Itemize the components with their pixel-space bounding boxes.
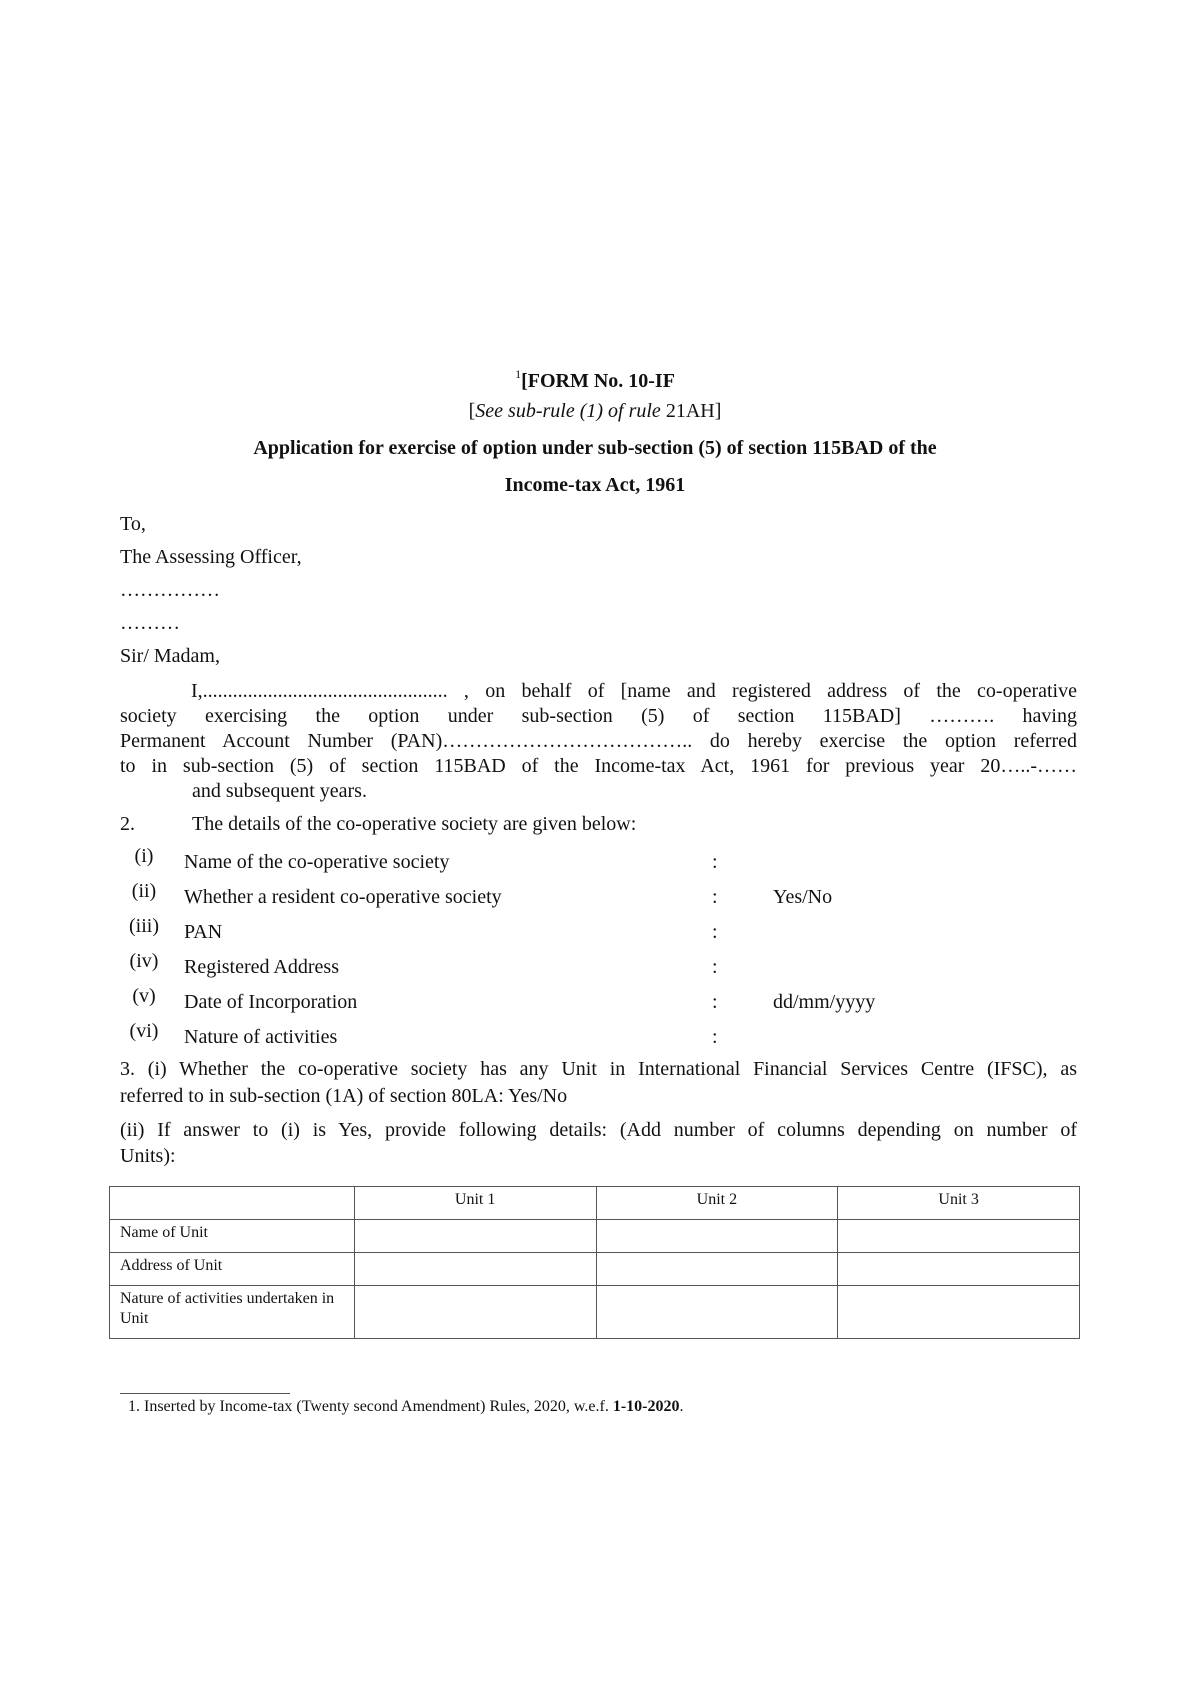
- declaration-line: I,......................................…: [191, 679, 1077, 703]
- address-blank-2: ………: [120, 611, 180, 635]
- item-number: (iii): [114, 912, 174, 940]
- section3-q1-line1: 3. (i) Whether the co-operative society …: [120, 1057, 1077, 1081]
- row-label: Name of Unit: [110, 1220, 355, 1253]
- section3-q1-line2: referred to in sub-section (1A) of secti…: [120, 1084, 567, 1108]
- table-cell[interactable]: [596, 1220, 838, 1253]
- item-label: Nature of activities: [184, 1023, 337, 1051]
- declaration-line: and subsequent years.: [192, 779, 367, 803]
- header-cell-unit-3: Unit 3: [838, 1187, 1080, 1220]
- application-title-line1: Application for exercise of option under…: [0, 436, 1190, 460]
- address-to: To,: [120, 512, 146, 536]
- declaration-line: society exercising the option under sub-…: [120, 704, 1077, 728]
- table-row: Nature of activities undertaken in Unit: [110, 1286, 1080, 1339]
- detail-row: (iii)PAN:: [0, 918, 1190, 946]
- table-row: Address of Unit: [110, 1253, 1080, 1286]
- header-cell-unit-1: Unit 1: [354, 1187, 596, 1220]
- item-value[interactable]: Yes/No: [773, 883, 832, 911]
- item-colon: :: [712, 988, 718, 1016]
- table-cell[interactable]: [596, 1253, 838, 1286]
- footnote-end: .: [679, 1398, 683, 1415]
- item-label: Whether a resident co-operative society: [184, 883, 502, 911]
- item-colon: :: [712, 918, 718, 946]
- table-cell[interactable]: [354, 1220, 596, 1253]
- item-number: (iv): [114, 947, 174, 975]
- detail-row: (iv)Registered Address:: [0, 953, 1190, 981]
- address-officer: The Assessing Officer,: [120, 545, 302, 569]
- rule-italic-text: See sub-rule (1) of rule: [475, 400, 661, 422]
- rule-reference: [See sub-rule (1) of rule 21AH]: [0, 399, 1190, 423]
- section3-q2-line2: Units):: [120, 1144, 176, 1168]
- detail-row: (i)Name of the co-operative society:: [0, 848, 1190, 876]
- footnote-divider: [120, 1393, 290, 1394]
- footnote: 1. Inserted by Income-tax (Twenty second…: [128, 1397, 683, 1417]
- rule-number: 21AH]: [661, 400, 722, 422]
- item-value[interactable]: dd/mm/yyyy: [773, 988, 875, 1016]
- units-table-header-row: Unit 1 Unit 2 Unit 3: [110, 1187, 1080, 1220]
- declaration-line: Permanent Account Number (PAN)……………………………: [120, 729, 1077, 753]
- footnote-date: 1-10-2020: [613, 1398, 680, 1415]
- detail-row: (vi)Nature of activities:: [0, 1023, 1190, 1051]
- address-blank-1: ……………: [120, 578, 220, 602]
- application-title-line2: Income-tax Act, 1961: [0, 473, 1190, 497]
- footnote-text: 1. Inserted by Income-tax (Twenty second…: [128, 1398, 613, 1415]
- detail-row: (v)Date of Incorporation:dd/mm/yyyy: [0, 988, 1190, 1016]
- section3-q2-line1: (ii) If answer to (i) is Yes, provide fo…: [120, 1118, 1077, 1142]
- row-label: Nature of activities undertaken in Unit: [110, 1286, 355, 1339]
- form-title-text: [FORM No. 10-IF: [521, 370, 675, 392]
- row-label: Address of Unit: [110, 1253, 355, 1286]
- table-cell[interactable]: [354, 1286, 596, 1339]
- detail-row: (ii)Whether a resident co-operative soci…: [0, 883, 1190, 911]
- item-colon: :: [712, 848, 718, 876]
- table-cell[interactable]: [838, 1220, 1080, 1253]
- table-cell[interactable]: [838, 1286, 1080, 1339]
- table-row: Name of Unit: [110, 1220, 1080, 1253]
- salutation: Sir/ Madam,: [120, 644, 220, 668]
- section2-heading: The details of the co-operative society …: [192, 812, 636, 836]
- item-number: (vi): [114, 1017, 174, 1045]
- declaration-line: to in sub-section (5) of section 115BAD …: [120, 754, 1077, 778]
- form-title: 1[FORM No. 10-IF: [0, 362, 1190, 393]
- item-label: PAN: [184, 918, 222, 946]
- item-label: Registered Address: [184, 953, 339, 981]
- item-colon: :: [712, 953, 718, 981]
- item-number: (ii): [114, 877, 174, 905]
- header-cell-unit-2: Unit 2: [596, 1187, 838, 1220]
- table-cell[interactable]: [596, 1286, 838, 1339]
- header-cell-blank: [110, 1187, 355, 1220]
- item-number: (i): [114, 842, 174, 870]
- item-colon: :: [712, 883, 718, 911]
- item-label: Date of Incorporation: [184, 988, 357, 1016]
- table-cell[interactable]: [838, 1253, 1080, 1286]
- section2-number: 2.: [120, 812, 135, 836]
- item-number: (v): [114, 982, 174, 1010]
- item-label: Name of the co-operative society: [184, 848, 449, 876]
- item-colon: :: [712, 1023, 718, 1051]
- table-cell[interactable]: [354, 1253, 596, 1286]
- units-table: Unit 1 Unit 2 Unit 3 Name of Unit Addres…: [109, 1186, 1080, 1339]
